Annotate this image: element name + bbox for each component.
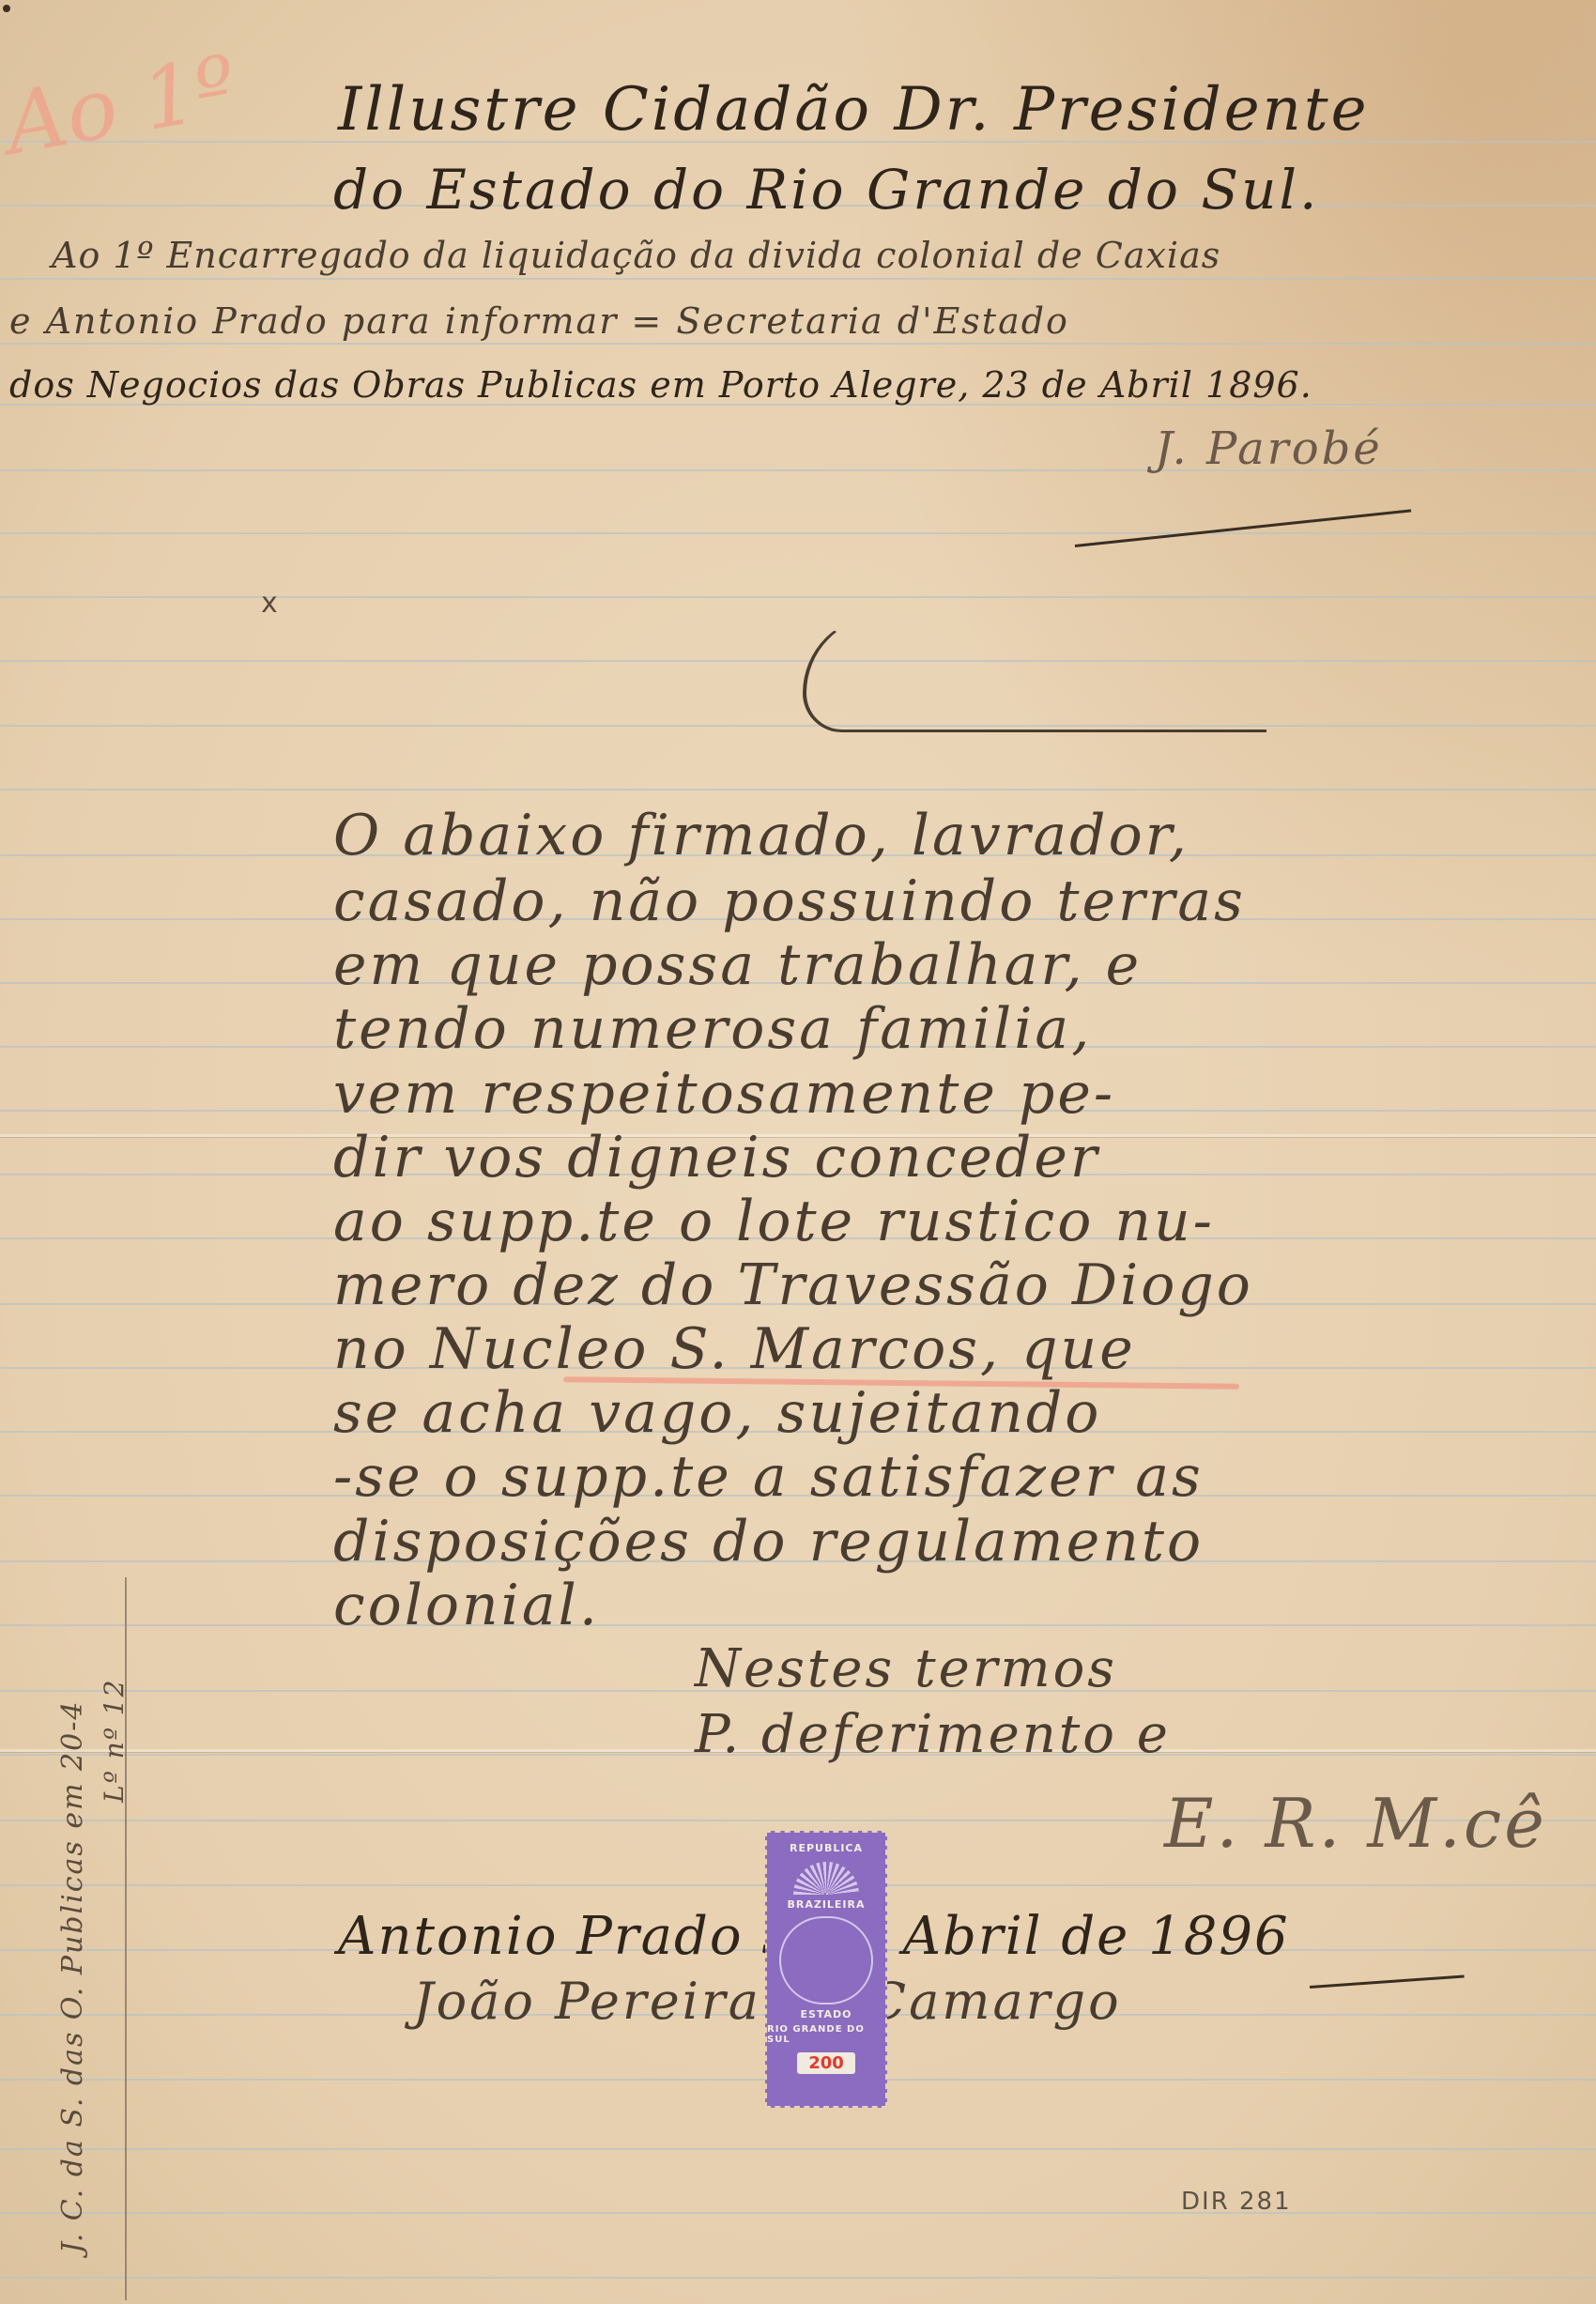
petition-line-12: disposições do regulamento [333,1509,1204,1574]
petition-line-13: colonial. [333,1573,600,1638]
archive-code: DIR 281 [1181,2188,1292,2216]
petition-line-1: O abaixo firmado, lavrador, [333,803,1189,868]
petition-line-3: em que possa trabalhar, e [333,932,1142,998]
ruled-line [0,2277,1596,2279]
petition-line-4: tendo numerosa familia, [333,996,1092,1062]
petition-line-6: dir vos digneis conceder [333,1125,1100,1190]
revenue-stamp: REPUBLICA BRAZILEIRA ESTADO RIO GRANDE D… [765,1831,887,2108]
ruled-line [0,1624,1596,1626]
dispatch-line-5: dos Negocios das Obras Publicas em Porto… [9,364,1312,406]
stamp-state: RIO GRANDE DO SUL [767,2024,885,2045]
ruled-line [0,278,1596,280]
stamp-sun-icon [793,1862,859,1895]
stamp-value: 200 [797,2052,855,2074]
dispatch-line-2: do Estado do Rio Grande do Sul. [333,158,1319,222]
margin-note-line-1: J. C. da S. das O. Publicas em 20-4 [56,1700,89,2254]
ruled-line [0,789,1596,791]
ruled-line [0,596,1596,598]
red-pencil-note: Ao 1º [0,37,244,174]
stamp-estado: ESTADO [800,2008,852,2020]
ruled-line [0,532,1596,534]
document-page: Ao 1º Illustre Cidadão Dr. Presidente do… [0,0,1596,2304]
dispatch-line-4: e Antonio Prado para informar = Secretar… [9,300,1069,342]
ruled-line [0,660,1596,662]
petition-line-11: -se o supp.te a satisfazer as [333,1444,1204,1510]
stamp-republica: REPUBLICA [790,1842,863,1854]
petition-line-5: vem respeitosamente pe- [333,1061,1115,1127]
petition-line-7: ao supp.te o lote rustico nu- [333,1189,1215,1254]
dispatch-line-1: Illustre Cidadão Dr. Presidente [338,75,1369,145]
closing-nestes-termos: Nestes termos [695,1638,1117,1699]
ink-spot [3,5,10,12]
petition-line-9: no Nucleo S. Marcos, que [333,1316,1136,1382]
signature-flourish [1075,509,1411,547]
petition-line-10: se acha vago, sujeitando [333,1380,1101,1446]
stamp-country: BRAZILEIRA [787,1898,865,1911]
closing-erm: E. R. M.cê [1164,1784,1547,1863]
signer-flourish [1310,1974,1465,1989]
ruled-line [0,2148,1596,2150]
dispatch-signature: J. Parobé [1155,422,1383,475]
ruled-line [0,2212,1596,2214]
dispatch-line-3: Ao 1º Encarregado da liquidação da divid… [52,235,1220,276]
margin-note-line-2: Lº nº 12 [99,1679,130,1803]
petition-initial-flourish [803,615,1266,732]
closing-deferimento: P. deferimento e [695,1704,1171,1765]
stamp-emblem-icon [779,1916,873,2004]
stray-mark: x [261,587,278,620]
ruled-line [0,725,1596,727]
petition-line-2: casado, não possuindo terras [333,868,1246,934]
petition-line-8: mero dez do Travessão Diogo [333,1252,1253,1318]
ruled-line [0,343,1596,345]
